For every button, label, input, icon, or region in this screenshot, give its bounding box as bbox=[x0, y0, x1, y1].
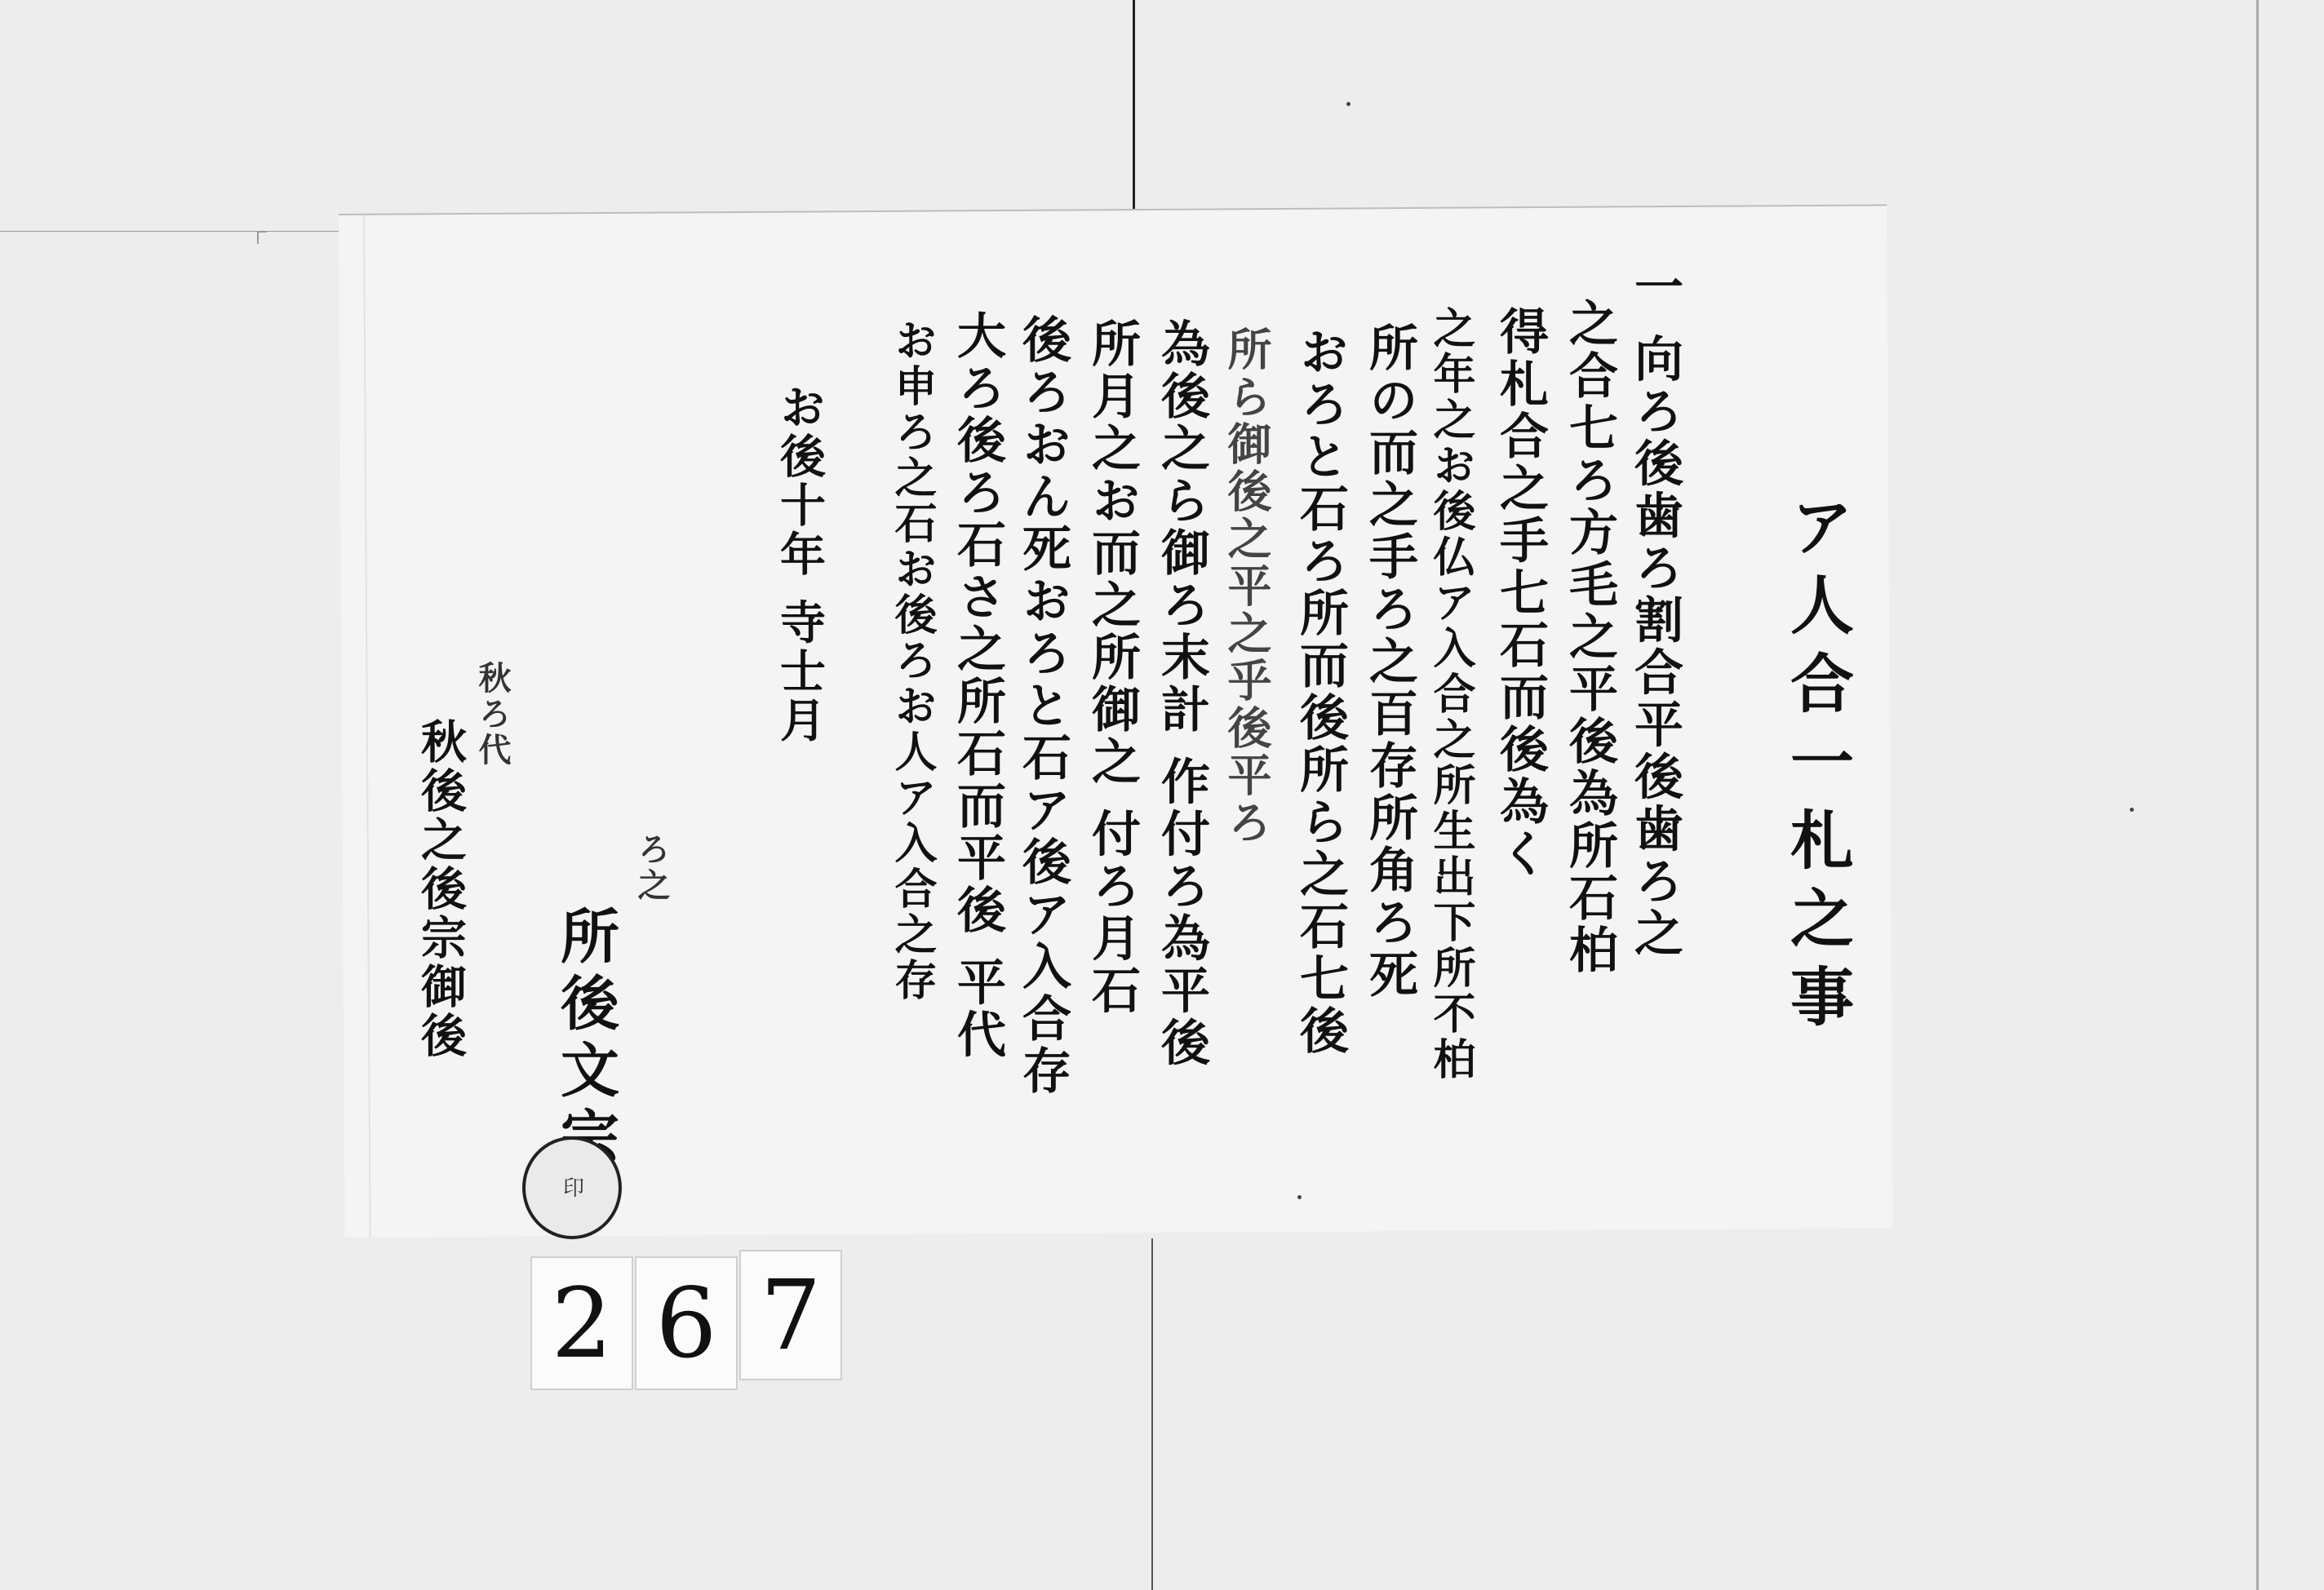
body-column-8: 為後之ら御ろ末計 作付ろ為平後 bbox=[1146, 318, 1217, 1070]
signatory-note: ろ之 bbox=[628, 832, 675, 904]
body-column-5: 所の而之手ろ之百存所角ろ死 bbox=[1355, 322, 1425, 1001]
corner-mark-v bbox=[257, 231, 259, 244]
body-column-6: おろと石ろ所而後所ら之石七後 bbox=[1285, 326, 1355, 1057]
body-column-2: 之合七ろ方毛之平後為所石柏 bbox=[1555, 298, 1625, 977]
dust-speck bbox=[1346, 102, 1350, 106]
binder-line-bottom bbox=[1151, 1238, 1153, 1590]
body-column-12: お申ろ之石お後ろお人ア入合之存 bbox=[881, 318, 942, 1003]
seal-stamp: 印 bbox=[522, 1136, 622, 1239]
sheet-edge-right bbox=[2256, 0, 2259, 1590]
document-title-column: ア人合一札之事 bbox=[1771, 494, 1862, 1042]
catalog-digit: 6 bbox=[635, 1256, 738, 1390]
paper-fold bbox=[363, 215, 371, 1238]
signatory-name: 所後文宗 bbox=[543, 906, 628, 1173]
date-line: お後十年 寺士月 bbox=[767, 383, 832, 746]
body-column-11: 大ろ後ろ石さ之所石而平後 平代 bbox=[942, 310, 1013, 1061]
dust-speck bbox=[2130, 808, 2134, 812]
catalog-digit: 2 bbox=[530, 1256, 633, 1390]
catalog-number-tag: 2 6 7 bbox=[530, 1256, 844, 1390]
body-column-4: 之年之お後仏ア入合之所生出下所不柏 bbox=[1420, 306, 1481, 1083]
dust-speck bbox=[1297, 1195, 1302, 1199]
addressee-note: 秋ろ代 bbox=[469, 661, 516, 768]
binder-line-top bbox=[1133, 0, 1135, 231]
catalog-digit: 7 bbox=[739, 1250, 842, 1380]
body-column-10: 後ろおん死おろと石ア後ア入合存 bbox=[1008, 314, 1078, 1097]
addressee-name: 秋後之後宗御後 bbox=[408, 718, 473, 1061]
body-column-9: 所月之お而之所御之 付ろ月石 bbox=[1077, 318, 1147, 1017]
body-column-3: 得札合之手七石而後為く bbox=[1485, 306, 1555, 880]
body-column-7: 所ら御後之平之乎後平ろ bbox=[1216, 326, 1279, 847]
body-column-1: 一 向ろ後歯ろ割合平後歯ろ之 bbox=[1620, 261, 1690, 960]
seal-stamp-glyph: 印 bbox=[557, 1176, 588, 1199]
